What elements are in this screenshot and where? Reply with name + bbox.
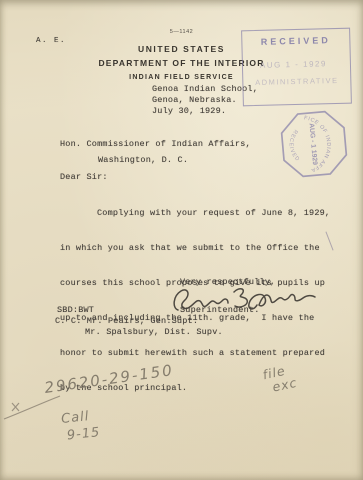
salutation: Dear Sir: <box>60 172 108 182</box>
pencil-call-date: 9-15 <box>62 426 101 443</box>
body-line: Complying with your request of June 8, 1… <box>60 208 330 223</box>
stenographer-initials: SBD:BWT <box>57 305 94 315</box>
signature-title: Superintendent. <box>180 305 260 315</box>
received-stamp-title: RECEIVED <box>242 35 349 48</box>
pencil-call-note: Call 9-15 <box>61 409 101 443</box>
received-stamp: RECEIVED AUG 1 - 1929 ADMINISTRATIVE <box>241 28 352 107</box>
octagon-stamp: OFFICE OF INDIAN AFFAIRS RECEIVED AUG - … <box>277 107 351 181</box>
cc-line-spalsbury: Mr. Spalsbury, Dist. Supv. <box>85 327 223 337</box>
pencil-arrow-line <box>2 392 62 422</box>
letter-page: A. E. 5—1142 UNITED STATES DEPARTMENT OF… <box>0 0 363 480</box>
pencil-call-word: Call <box>61 409 100 426</box>
body-line: in which you ask that we submit to the O… <box>60 243 330 258</box>
received-stamp-date: AUG 1 - 1929 <box>243 59 344 70</box>
octagon-stamp-arc-bottom: RECEIVED <box>286 128 301 164</box>
octagon-stamp-date: AUG - 1 1929 <box>307 123 318 166</box>
body-line: honor to submit herewith such a statemen… <box>60 348 330 363</box>
dateline-date: July 30, 1929. <box>152 106 226 116</box>
address-commissioner: Hon. Commissioner of Indian Affairs, <box>60 139 251 149</box>
octagon-stamp-graphic: OFFICE OF INDIAN AFFAIRS RECEIVED AUG - … <box>277 107 351 181</box>
dateline-city: Genoa, Nebraska. <box>152 95 237 105</box>
cc-line-peairs: C. C. Mr. Peairs, Gen.Supt. <box>55 316 198 326</box>
received-stamp-dept: ADMINISTRATIVE <box>243 76 350 88</box>
address-city: Washington, D. C. <box>98 155 188 165</box>
svg-text:RECEIVED: RECEIVED <box>286 128 301 164</box>
